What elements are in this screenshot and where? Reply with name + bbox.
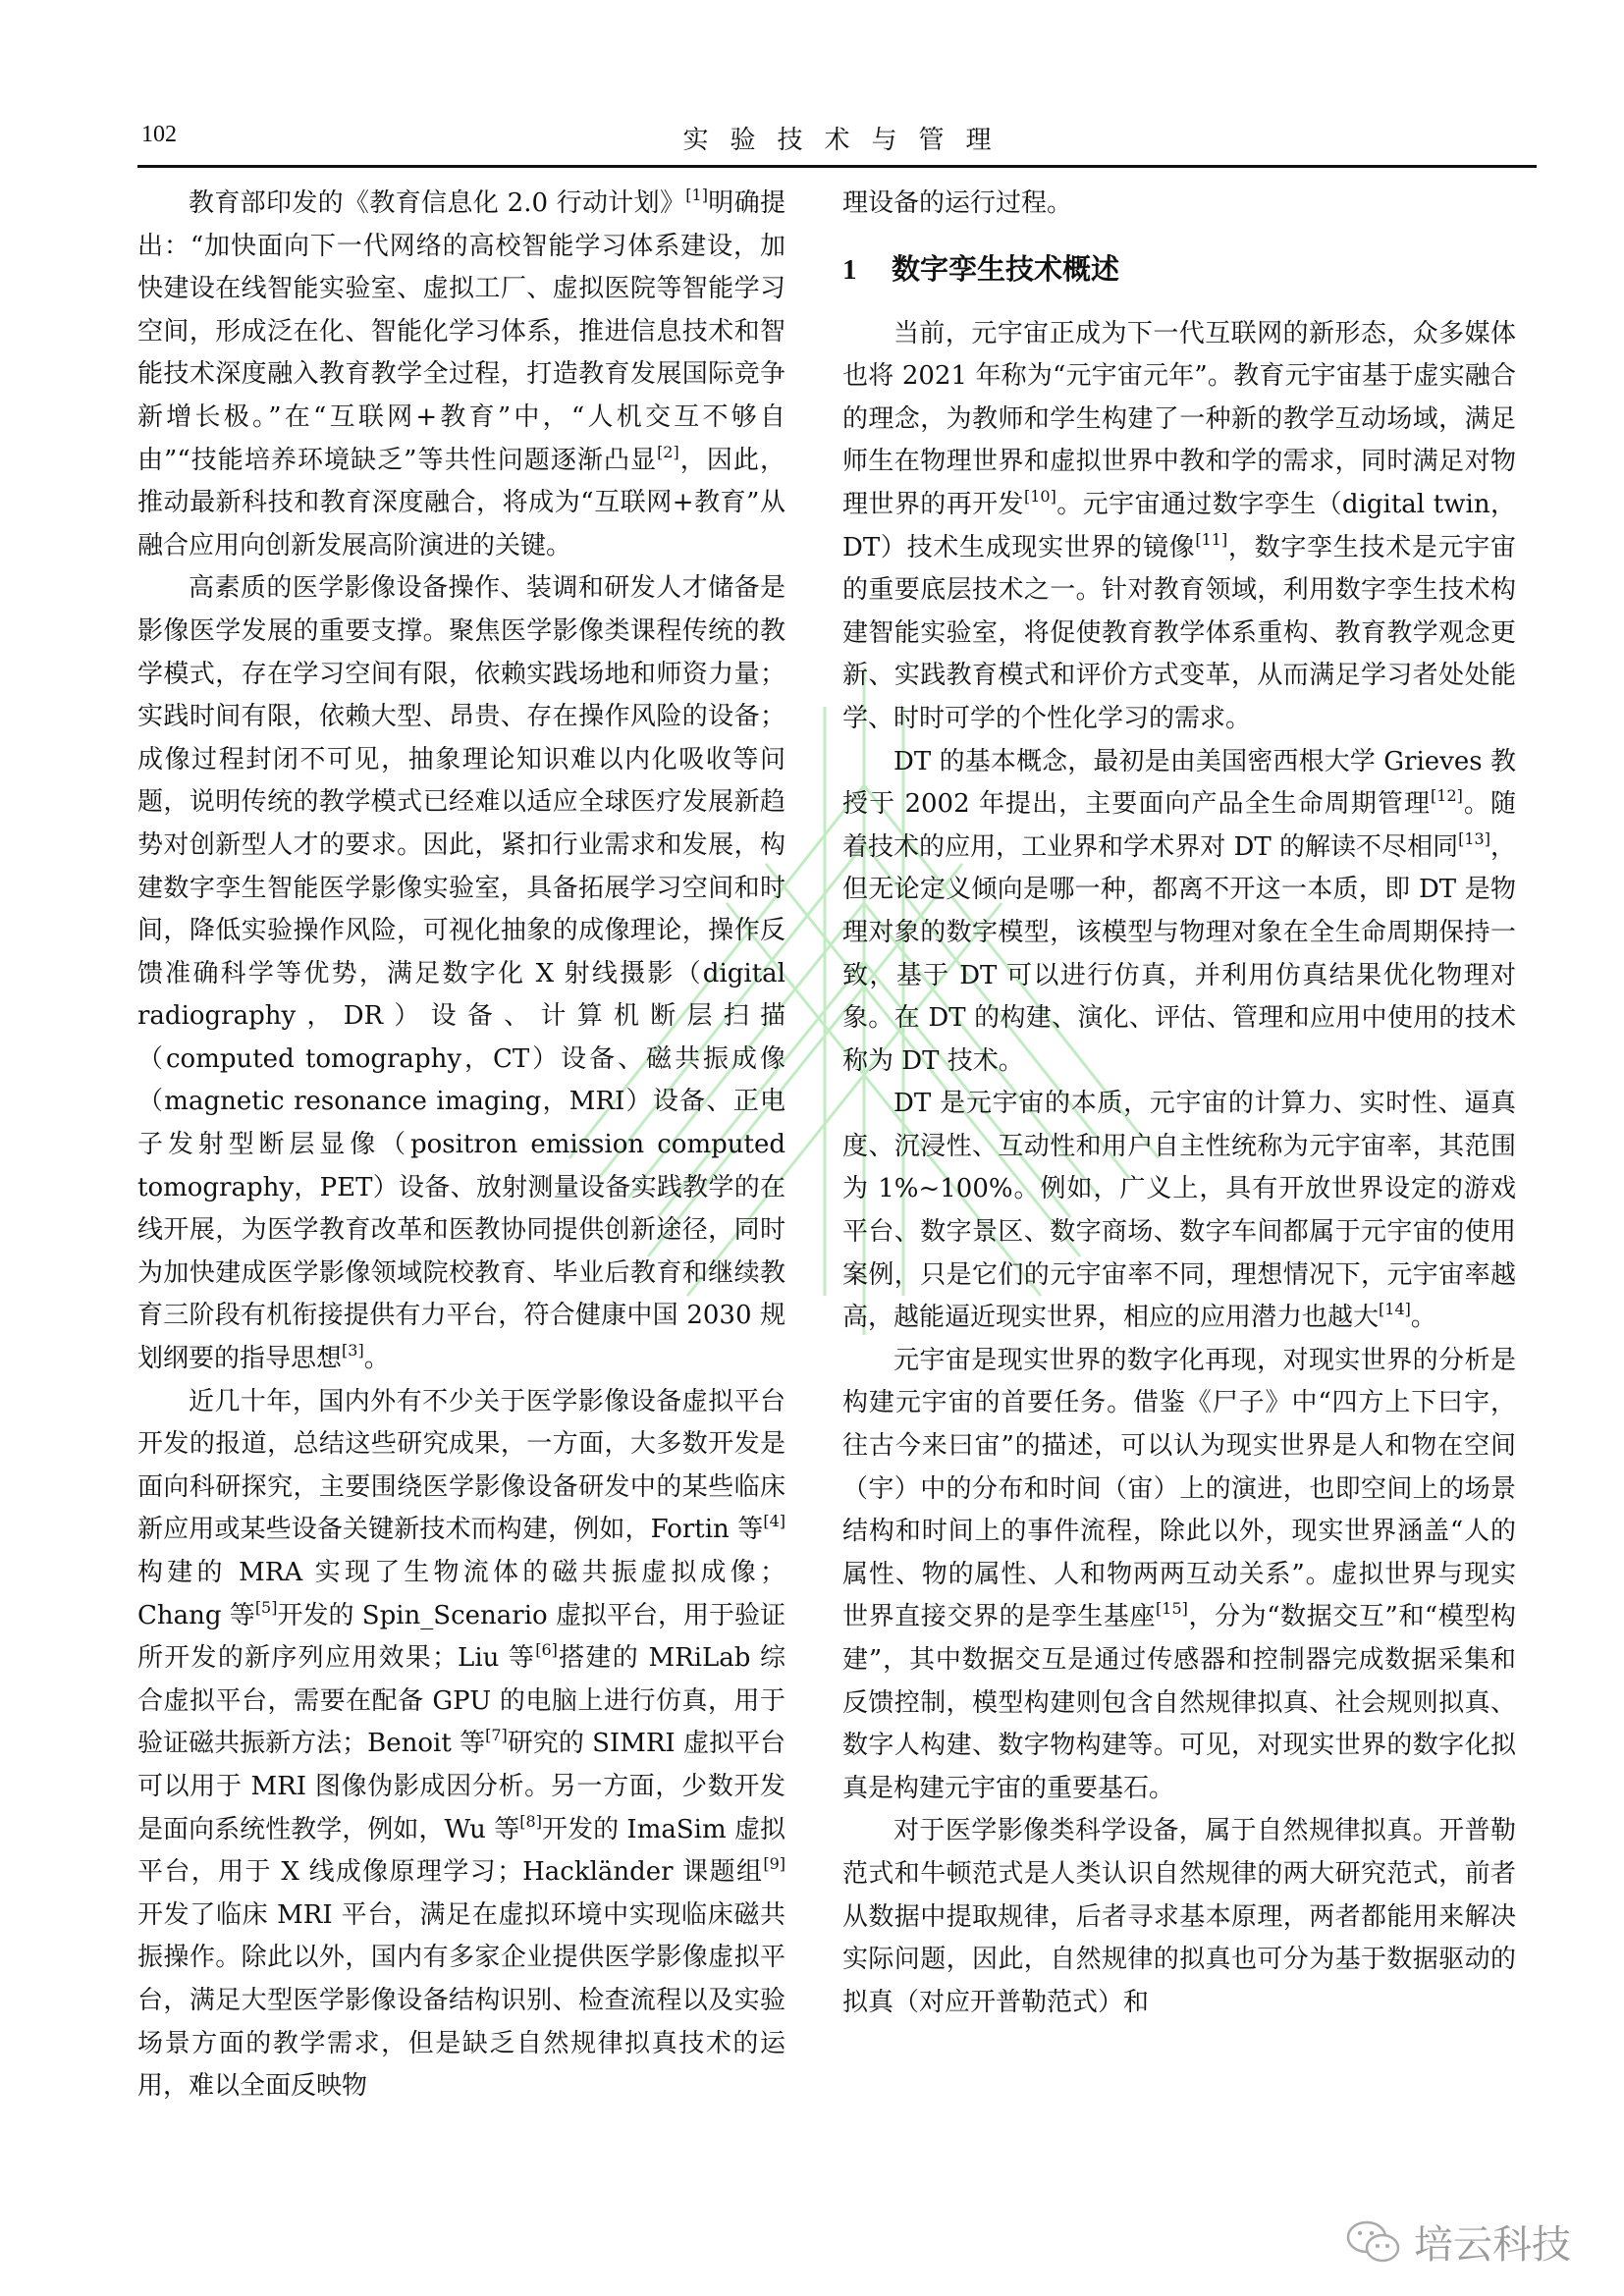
- paragraph-text: 。: [1411, 1303, 1436, 1332]
- citation-ref[interactable]: [5]: [255, 1598, 278, 1617]
- citation-ref[interactable]: [9]: [763, 1854, 785, 1873]
- left-column: 教育部印发的《教育信息化 2.0 行动计划》[1]明确提出：“加快面向下一代网络…: [137, 183, 785, 2109]
- citation-ref[interactable]: [12]: [1431, 786, 1463, 805]
- paragraph-5: DT 的基本概念，最初是由美国密西根大学 Grieves 教授于 2002 年提…: [842, 741, 1516, 1084]
- right-column: 理设备的运行过程。 1数字孪生技术概述 当前，元宇宙正成为下一代互联网的新形态，…: [842, 183, 1516, 2024]
- citation-ref[interactable]: [2]: [657, 443, 679, 461]
- citation-ref[interactable]: [11]: [1195, 530, 1227, 549]
- citation-ref[interactable]: [14]: [1379, 1300, 1411, 1318]
- paragraph-1: 教育部印发的《教育信息化 2.0 行动计划》[1]明确提出：“加快面向下一代网络…: [137, 183, 785, 567]
- citation-ref[interactable]: [15]: [1156, 1599, 1188, 1618]
- paragraph-6: DT 是元宇宙的本质，元宇宙的计算力、实时性、逼真度、沉浸性、互动性和用户自主性…: [842, 1083, 1516, 1340]
- paragraph-text: DT 是元宇宙的本质，元宇宙的计算力、实时性、逼真度、沉浸性、互动性和用户自主性…: [842, 1089, 1516, 1332]
- paragraph-text: 明确提出：“加快面向下一代网络的高校智能学习体系建设，加快建设在线智能实验室、虚…: [137, 188, 785, 475]
- paragraph-text: 近几十年，国内外有不少关于医学影像设备虚拟平台开发的报道，总结这些研究成果，一方…: [137, 1387, 785, 1545]
- paragraph-text: ，但无论定义倾向是哪一种，都离不开这一本质，即 DT 是物理对象的数字模型，该模…: [842, 832, 1516, 1076]
- citation-ref[interactable]: [6]: [535, 1640, 558, 1659]
- paragraph-text: 。: [364, 1344, 390, 1373]
- citation-ref[interactable]: [1]: [685, 186, 708, 204]
- brand-watermark: 培云科技: [1345, 2214, 1571, 2269]
- paragraph-text: 教育部印发的《教育信息化 2.0 行动计划》: [189, 188, 685, 218]
- paragraph-text: ，分为“数据交互”和“模型构建”，其中数据交互是通过传感器和控制器完成数据采集和…: [842, 1602, 1516, 1802]
- section-title: 数字孪生技术概述: [892, 252, 1119, 286]
- paragraph-text: 高素质的医学影像设备操作、装调和研发人才储备是影像医学发展的重要支撑。聚焦医学影…: [137, 573, 785, 1373]
- citation-ref[interactable]: [4]: [763, 1512, 785, 1530]
- paragraph-2: 高素质的医学影像设备操作、装调和研发人才储备是影像医学发展的重要支撑。聚焦医学影…: [137, 567, 785, 1380]
- section-heading: 1数字孪生技术概述: [842, 247, 1516, 292]
- paragraph-text: 对于医学影像类科学设备，属于自然规律拟真。开普勒范式和牛顿范式是人类认识自然规律…: [842, 1816, 1516, 2016]
- citation-ref[interactable]: [8]: [519, 1812, 542, 1831]
- paragraph-text: ，数字孪生技术是元宇宙的重要底层技术之一。针对教育领域，利用数字孪生技术构建智能…: [842, 533, 1516, 733]
- citation-ref[interactable]: [7]: [485, 1726, 508, 1744]
- paragraph-text: 元宇宙是现实世界的数字化再现，对现实世界的分析是构建元宇宙的首要任务。借鉴《尸子…: [842, 1346, 1516, 1632]
- paragraph-continuation: 理设备的运行过程。: [842, 183, 1516, 226]
- wechat-icon: [1345, 2219, 1402, 2265]
- paragraph-4: 当前，元宇宙正成为下一代互联网的新形态，众多媒体也将 2021 年称为“元宇宙元…: [842, 313, 1516, 741]
- paragraph-text: 开发了临床 MRI 平台，满足在虚拟环境中实现临床磁共振操作。除此以外，国内有多…: [137, 1900, 785, 2101]
- section-number: 1: [842, 248, 892, 292]
- citation-ref[interactable]: [13]: [1458, 829, 1490, 848]
- running-header: 102 实验技术与管理: [137, 116, 1537, 168]
- paragraph-8: 对于医学影像类科学设备，属于自然规律拟真。开普勒范式和牛顿范式是人类认识自然规律…: [842, 1810, 1516, 2024]
- citation-ref[interactable]: [3]: [342, 1341, 364, 1360]
- paragraph-text: DT 的基本概念，最初是由美国密西根大学 Grieves 教授于 2002 年提…: [842, 747, 1516, 820]
- journal-title: 实验技术与管理: [137, 120, 1537, 156]
- paragraph-7: 元宇宙是现实世界的数字化再现，对现实世界的分析是构建元宇宙的首要任务。借鉴《尸子…: [842, 1340, 1516, 1811]
- paragraph-3: 近几十年，国内外有不少关于医学影像设备虚拟平台开发的报道，总结这些研究成果，一方…: [137, 1381, 785, 2109]
- citation-ref[interactable]: [10]: [1024, 487, 1056, 506]
- brand-text: 培云科技: [1414, 2214, 1571, 2269]
